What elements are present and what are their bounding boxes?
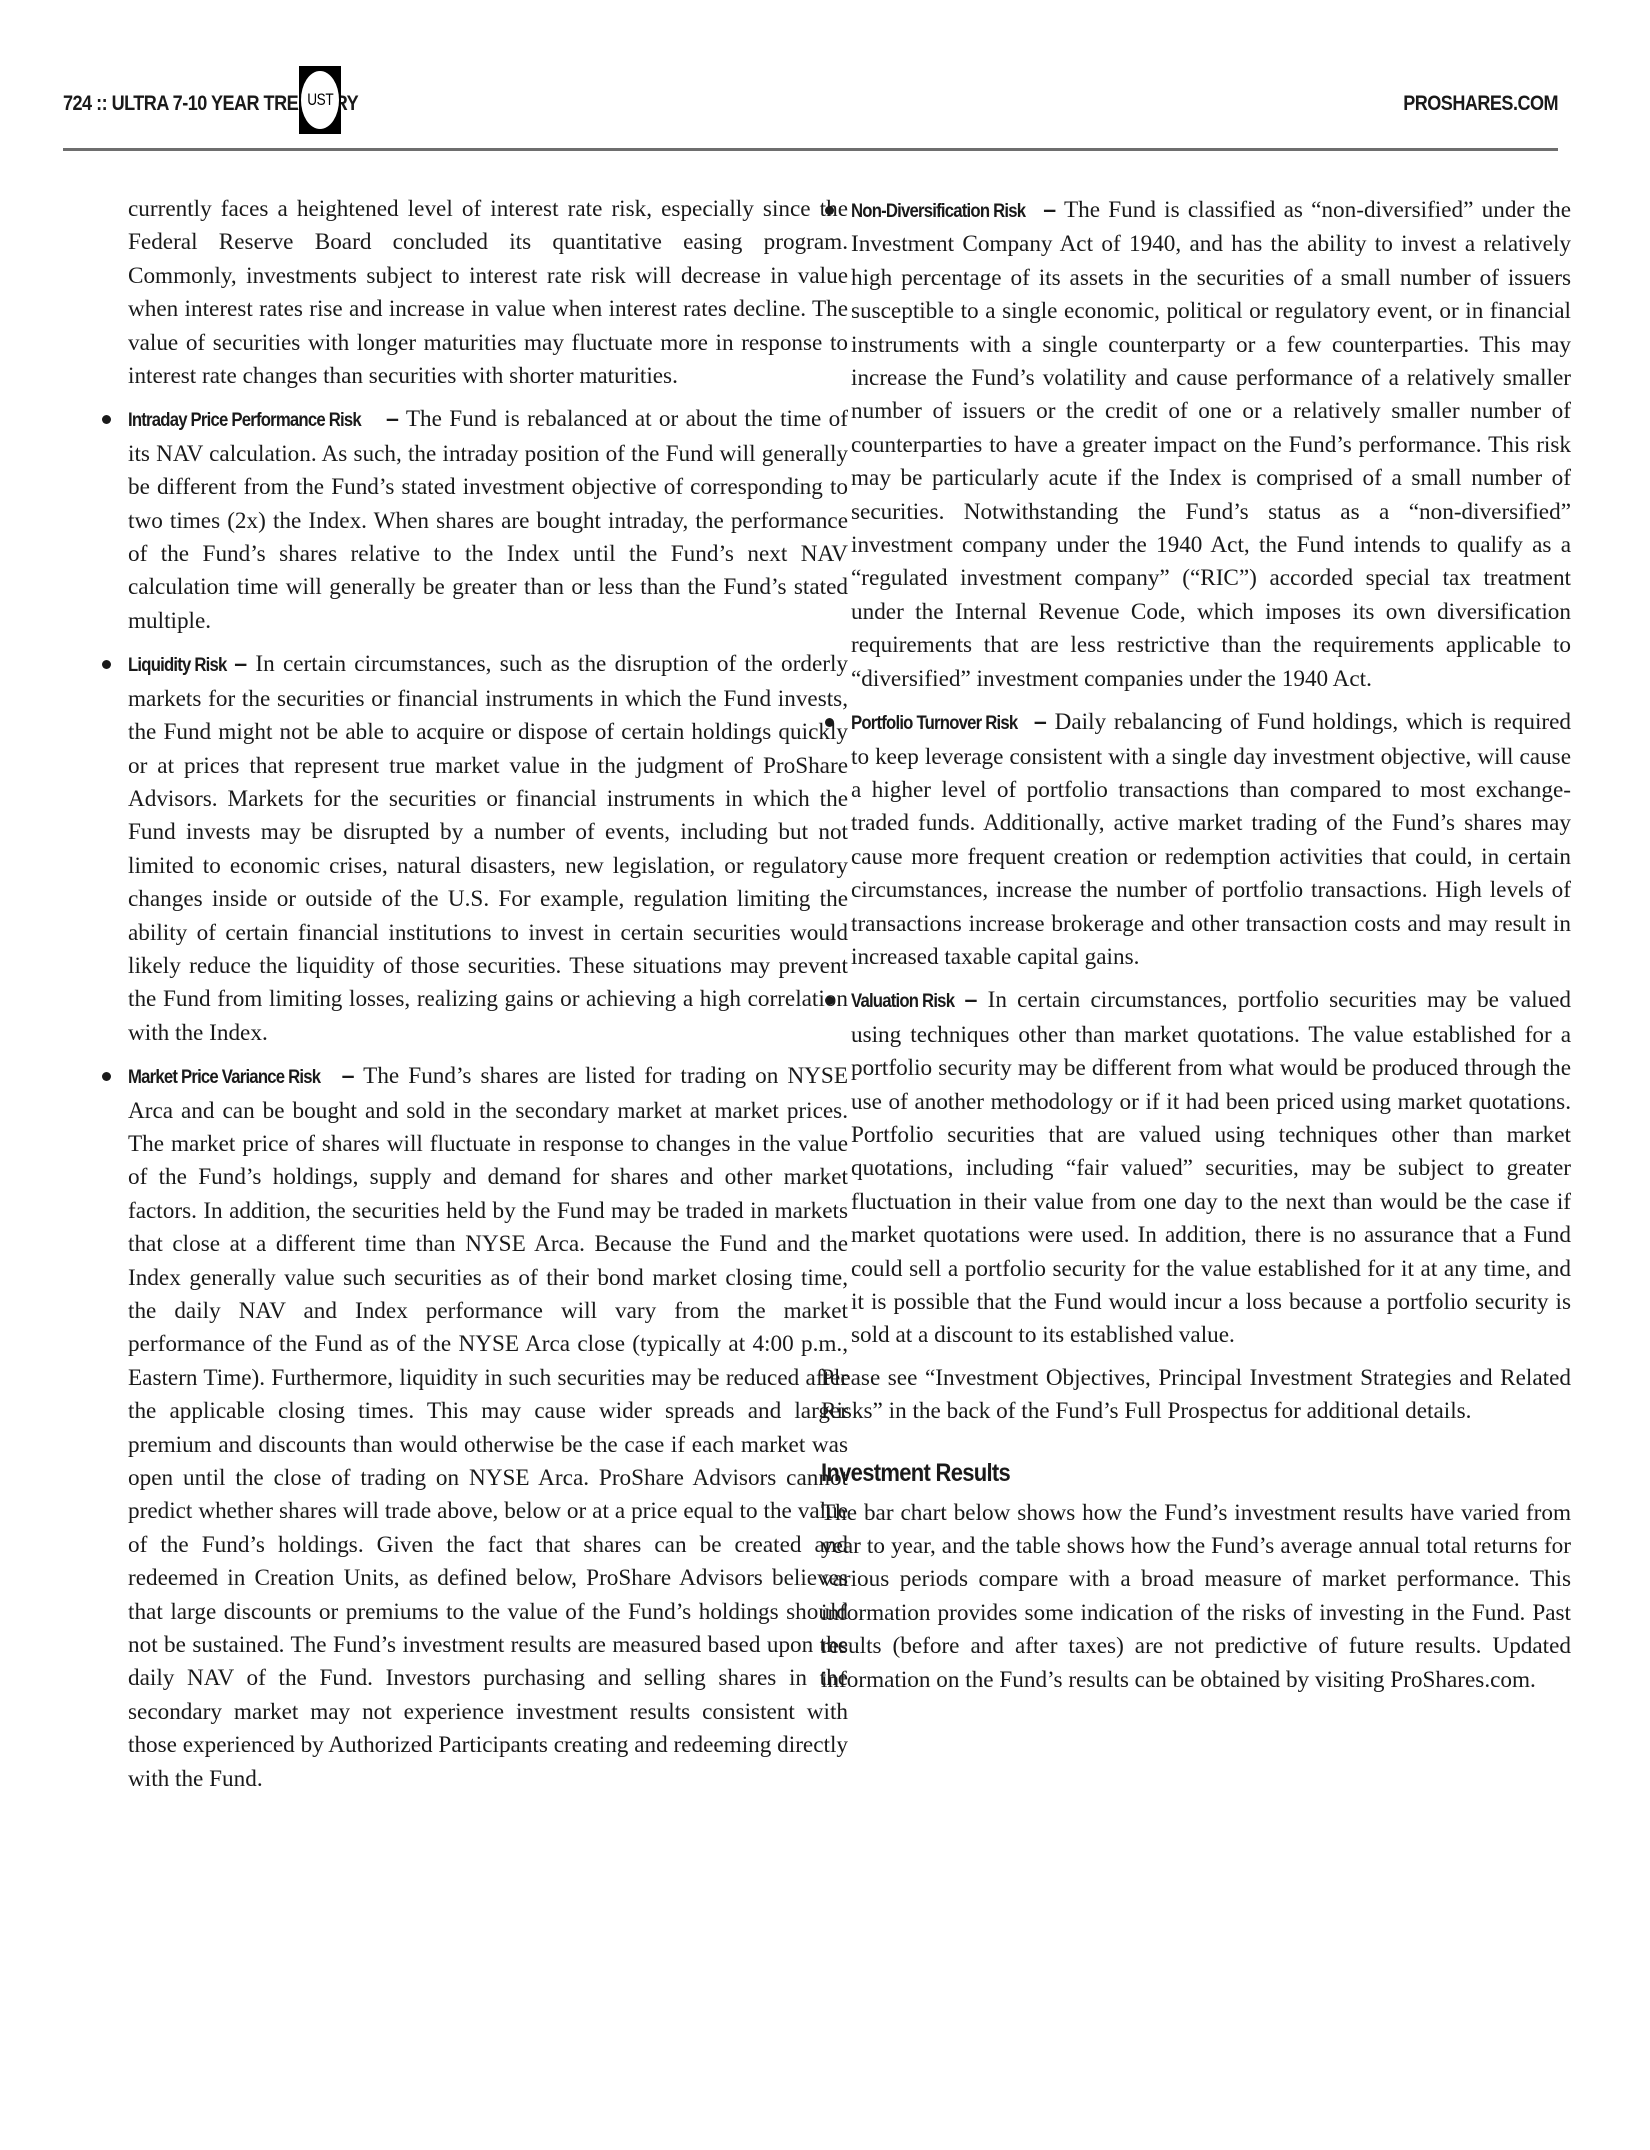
risk-item-portfolio-turnover: Portfolio Turnover Risk – Daily rebalanc… — [851, 705, 1571, 974]
risk-dash: – — [386, 405, 399, 431]
site-link[interactable]: PROSHARES.COM — [1403, 92, 1558, 116]
left-risk-list: Intraday Price Performance Risk – The Fu… — [128, 402, 848, 1796]
risk-text: The Fund is classified as “non-diversifi… — [851, 197, 1571, 692]
risk-dash: – — [965, 986, 978, 1012]
risk-title: Market Price Variance Risk — [128, 1061, 320, 1094]
see-also-paragraph: Please see “Investment Objectives, Princ… — [821, 1362, 1571, 1429]
ticker-badge-circle: UST — [301, 71, 339, 129]
left-column: currently faces a heightened level of in… — [128, 193, 848, 1796]
risk-title: Liquidity Risk — [128, 649, 227, 682]
ticker-badge-icon: UST — [299, 66, 341, 134]
risk-item-liquidity: Liquidity Risk – In certain circumstance… — [128, 647, 848, 1050]
risk-title: Intraday Price Performance Risk — [128, 404, 361, 437]
risk-dash: – — [1043, 196, 1056, 222]
risk-dash: – — [1034, 708, 1047, 734]
risk-title: Portfolio Turnover Risk — [851, 707, 1017, 740]
risk-text: Daily rebalancing of Fund holdings, whic… — [851, 709, 1571, 970]
continuation-paragraph: currently faces a heightened level of in… — [128, 193, 848, 393]
risk-text: In certain circumstances, such as the di… — [128, 651, 848, 1045]
right-column: Non-Diversification Risk – The Fund is c… — [851, 193, 1571, 1697]
risk-item-non-diversification: Non-Diversification Risk – The Fund is c… — [851, 193, 1571, 696]
risk-text: The Fund is rebalanced at or about the t… — [128, 406, 848, 633]
investment-results-heading: Investment Results — [821, 1457, 1481, 1489]
risk-dash: – — [234, 650, 247, 676]
header-divider — [63, 148, 1558, 151]
risk-title: Non-Diversification Risk — [851, 195, 1025, 228]
page-header: 724 :: ULTRA 7-10 YEAR TREASURY UST PROS… — [63, 40, 1558, 150]
risk-text: The Fund’s shares are listed for trading… — [128, 1063, 848, 1792]
risk-item-valuation: Valuation Risk – In certain circumstance… — [851, 983, 1571, 1352]
risk-dash: – — [342, 1062, 355, 1088]
risk-text: In certain circumstances, portfolio secu… — [851, 987, 1571, 1348]
right-risk-list: Non-Diversification Risk – The Fund is c… — [851, 193, 1571, 1353]
risk-item-intraday: Intraday Price Performance Risk – The Fu… — [128, 402, 848, 638]
ticker-badge-label: UST — [307, 90, 333, 110]
investment-results-paragraph: The bar chart below shows how the Fund’s… — [821, 1497, 1571, 1697]
risk-item-market-price-variance: Market Price Variance Risk – The Fund’s … — [128, 1059, 848, 1796]
risk-title: Valuation Risk — [851, 985, 954, 1018]
